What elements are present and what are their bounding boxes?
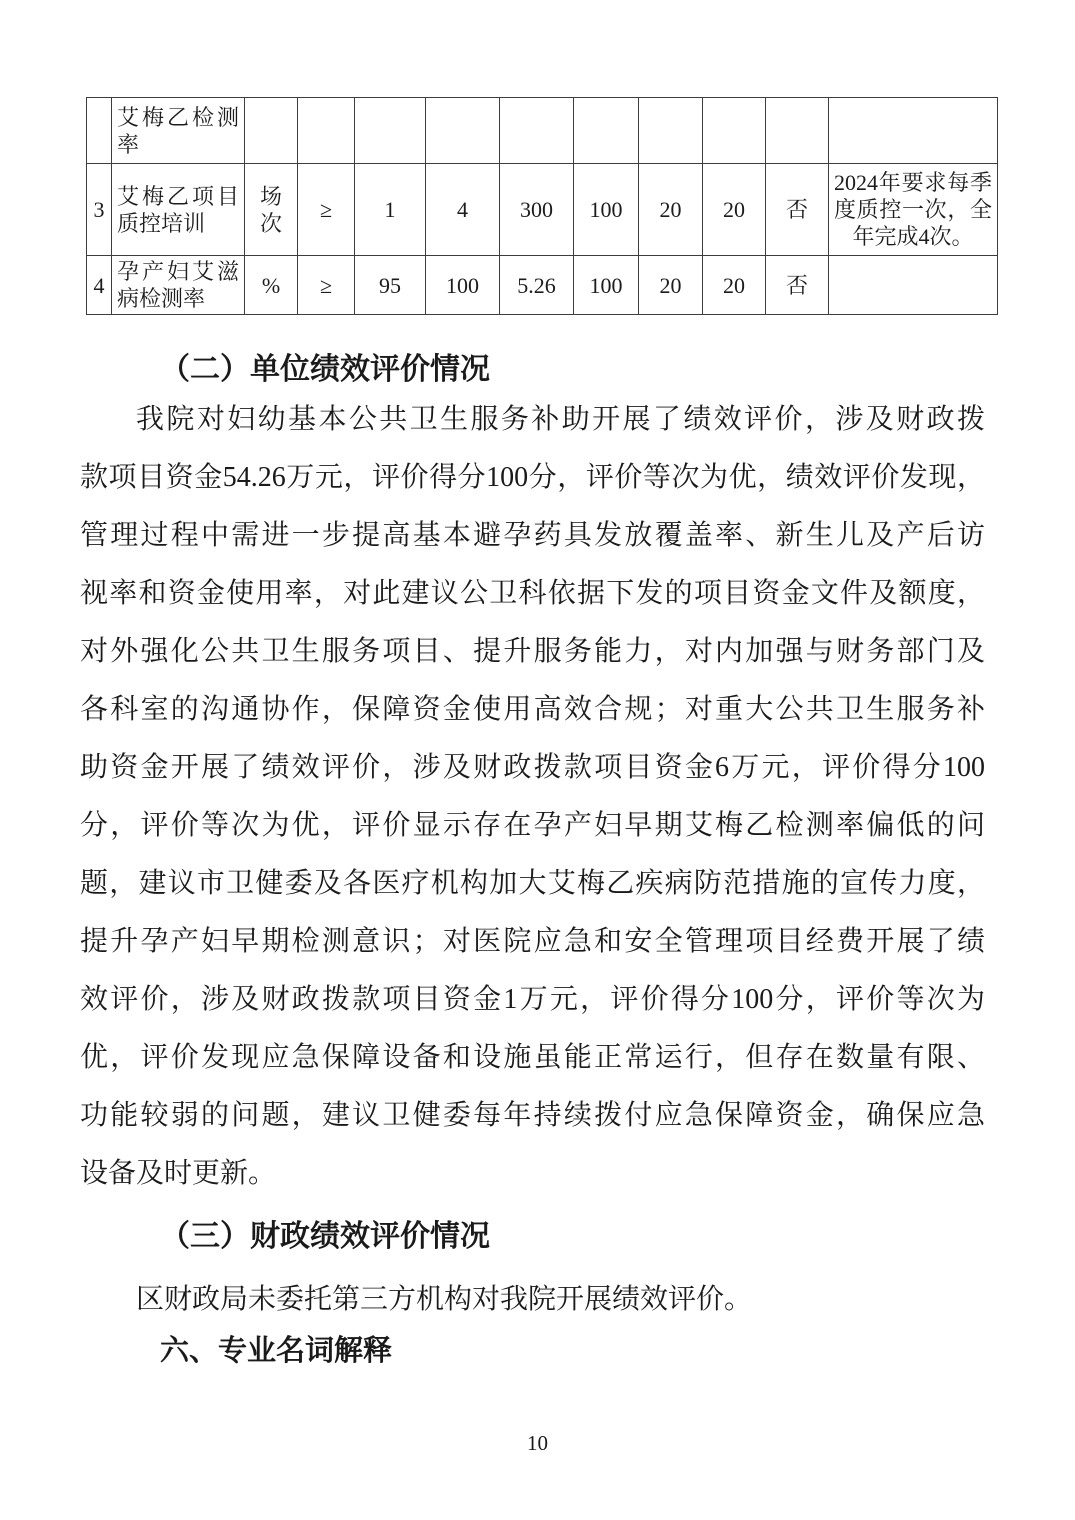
paragraph-line: 对外强化公共卫生服务项目、提升服务能力，对内加强与财务部门及 (80, 623, 985, 681)
cell-row-number: 4 (87, 256, 112, 315)
table-row: 艾梅乙检测率 (87, 98, 998, 164)
cell-flag: 否 (766, 256, 829, 315)
section-heading-terminology: 六、专业名词解释 (80, 1322, 985, 1380)
paragraph-line: 视率和资金使用率，对此建议公卫科依据下发的项目资金文件及额度， (80, 565, 985, 623)
cell-value-4 (574, 98, 639, 164)
paragraph-line: 题，建议市卫健委及各医疗机构加大艾梅乙疾病防范措施的宣传力度， (80, 855, 985, 913)
cell-value-1: 95 (355, 256, 426, 315)
cell-value-5: 20 (639, 164, 703, 256)
cell-flag (766, 98, 829, 164)
cell-indicator-name: 孕产妇艾滋病检测率 (112, 256, 245, 315)
cell-unit: 场次 (245, 164, 298, 256)
cell-value-1: 1 (355, 164, 426, 256)
table-row: 3 艾梅乙项目质控培训 场次 ≥ 1 4 300 100 20 20 否 202… (87, 164, 998, 256)
cell-value-1 (355, 98, 426, 164)
cell-value-3 (500, 98, 574, 164)
cell-value-6: 20 (703, 256, 766, 315)
cell-note: 2024年要求每季度质控一次，全年完成4次。 (829, 164, 998, 256)
paragraph-line: 款项目资金54.26万元，评价得分100分，评价等次为优，绩效评价发现， (80, 449, 985, 507)
cell-value-5 (639, 98, 703, 164)
paragraph-line: 提升孕产妇早期检测意识；对医院应急和安全管理项目经费开展了绩 (80, 913, 985, 971)
section-heading-fiscal-evaluation: （三）财政绩效评价情况 (80, 1208, 985, 1266)
paragraph-line: 分，评价等次为优，评价显示存在孕产妇早期艾梅乙检测率偏低的问 (80, 797, 985, 855)
paragraph-line: 助资金开展了绩效评价，涉及财政拨款项目资金6万元，评价得分100 (80, 739, 985, 797)
indicator-table: 艾梅乙检测率 3 艾梅乙项目质控培训 场次 ≥ 1 4 300 (86, 97, 998, 315)
cell-value-4: 100 (574, 164, 639, 256)
cell-row-number: 3 (87, 164, 112, 256)
cell-operator (298, 98, 355, 164)
paragraph-line: 功能较弱的问题，建议卫健委每年持续拨付应急保障资金，确保应急 (80, 1087, 985, 1145)
cell-note (829, 98, 998, 164)
cell-operator: ≥ (298, 256, 355, 315)
paragraph-line: 效评价，涉及财政拨款项目资金1万元，评价得分100分，评价等次为 (80, 971, 985, 1029)
cell-value-3: 5.26 (500, 256, 574, 315)
cell-value-5: 20 (639, 256, 703, 315)
cell-value-2: 4 (426, 164, 500, 256)
cell-row-number (87, 98, 112, 164)
document-page: 艾梅乙检测率 3 艾梅乙项目质控培训 场次 ≥ 1 4 300 (0, 0, 1075, 1520)
paragraph-line: 设备及时更新。 (80, 1145, 985, 1203)
cell-value-6 (703, 98, 766, 164)
cell-value-3: 300 (500, 164, 574, 256)
cell-unit: % (245, 256, 298, 315)
paragraph-line: 各科室的沟通协作，保障资金使用高效合规；对重大公共卫生服务补 (80, 681, 985, 739)
cell-indicator-name: 艾梅乙项目质控培训 (112, 164, 245, 256)
unit-evaluation-paragraph: 我院对妇幼基本公共卫生服务补助开展了绩效评价，涉及财政拨 款项目资金54.26万… (80, 391, 985, 1203)
paragraph-line: 管理过程中需进一步提高基本避孕药具发放覆盖率、新生儿及产后访 (80, 507, 985, 565)
table-row: 4 孕产妇艾滋病检测率 % ≥ 95 100 5.26 100 20 20 否 (87, 256, 998, 315)
cell-value-2 (426, 98, 500, 164)
cell-flag: 否 (766, 164, 829, 256)
fiscal-evaluation-paragraph: 区财政局未委托第三方机构对我院开展绩效评价。 (80, 1271, 985, 1329)
cell-operator: ≥ (298, 164, 355, 256)
cell-value-4: 100 (574, 256, 639, 315)
cell-unit (245, 98, 298, 164)
page-number: 10 (0, 1428, 1075, 1458)
cell-indicator-name: 艾梅乙检测率 (112, 98, 245, 164)
cell-value-2: 100 (426, 256, 500, 315)
cell-value-6: 20 (703, 164, 766, 256)
paragraph-line: 优，评价发现应急保障设备和设施虽能正常运行，但存在数量有限、 (80, 1029, 985, 1087)
paragraph-line: 我院对妇幼基本公共卫生服务补助开展了绩效评价，涉及财政拨 (80, 391, 985, 449)
paragraph-line: 区财政局未委托第三方机构对我院开展绩效评价。 (80, 1271, 985, 1329)
cell-note (829, 256, 998, 315)
